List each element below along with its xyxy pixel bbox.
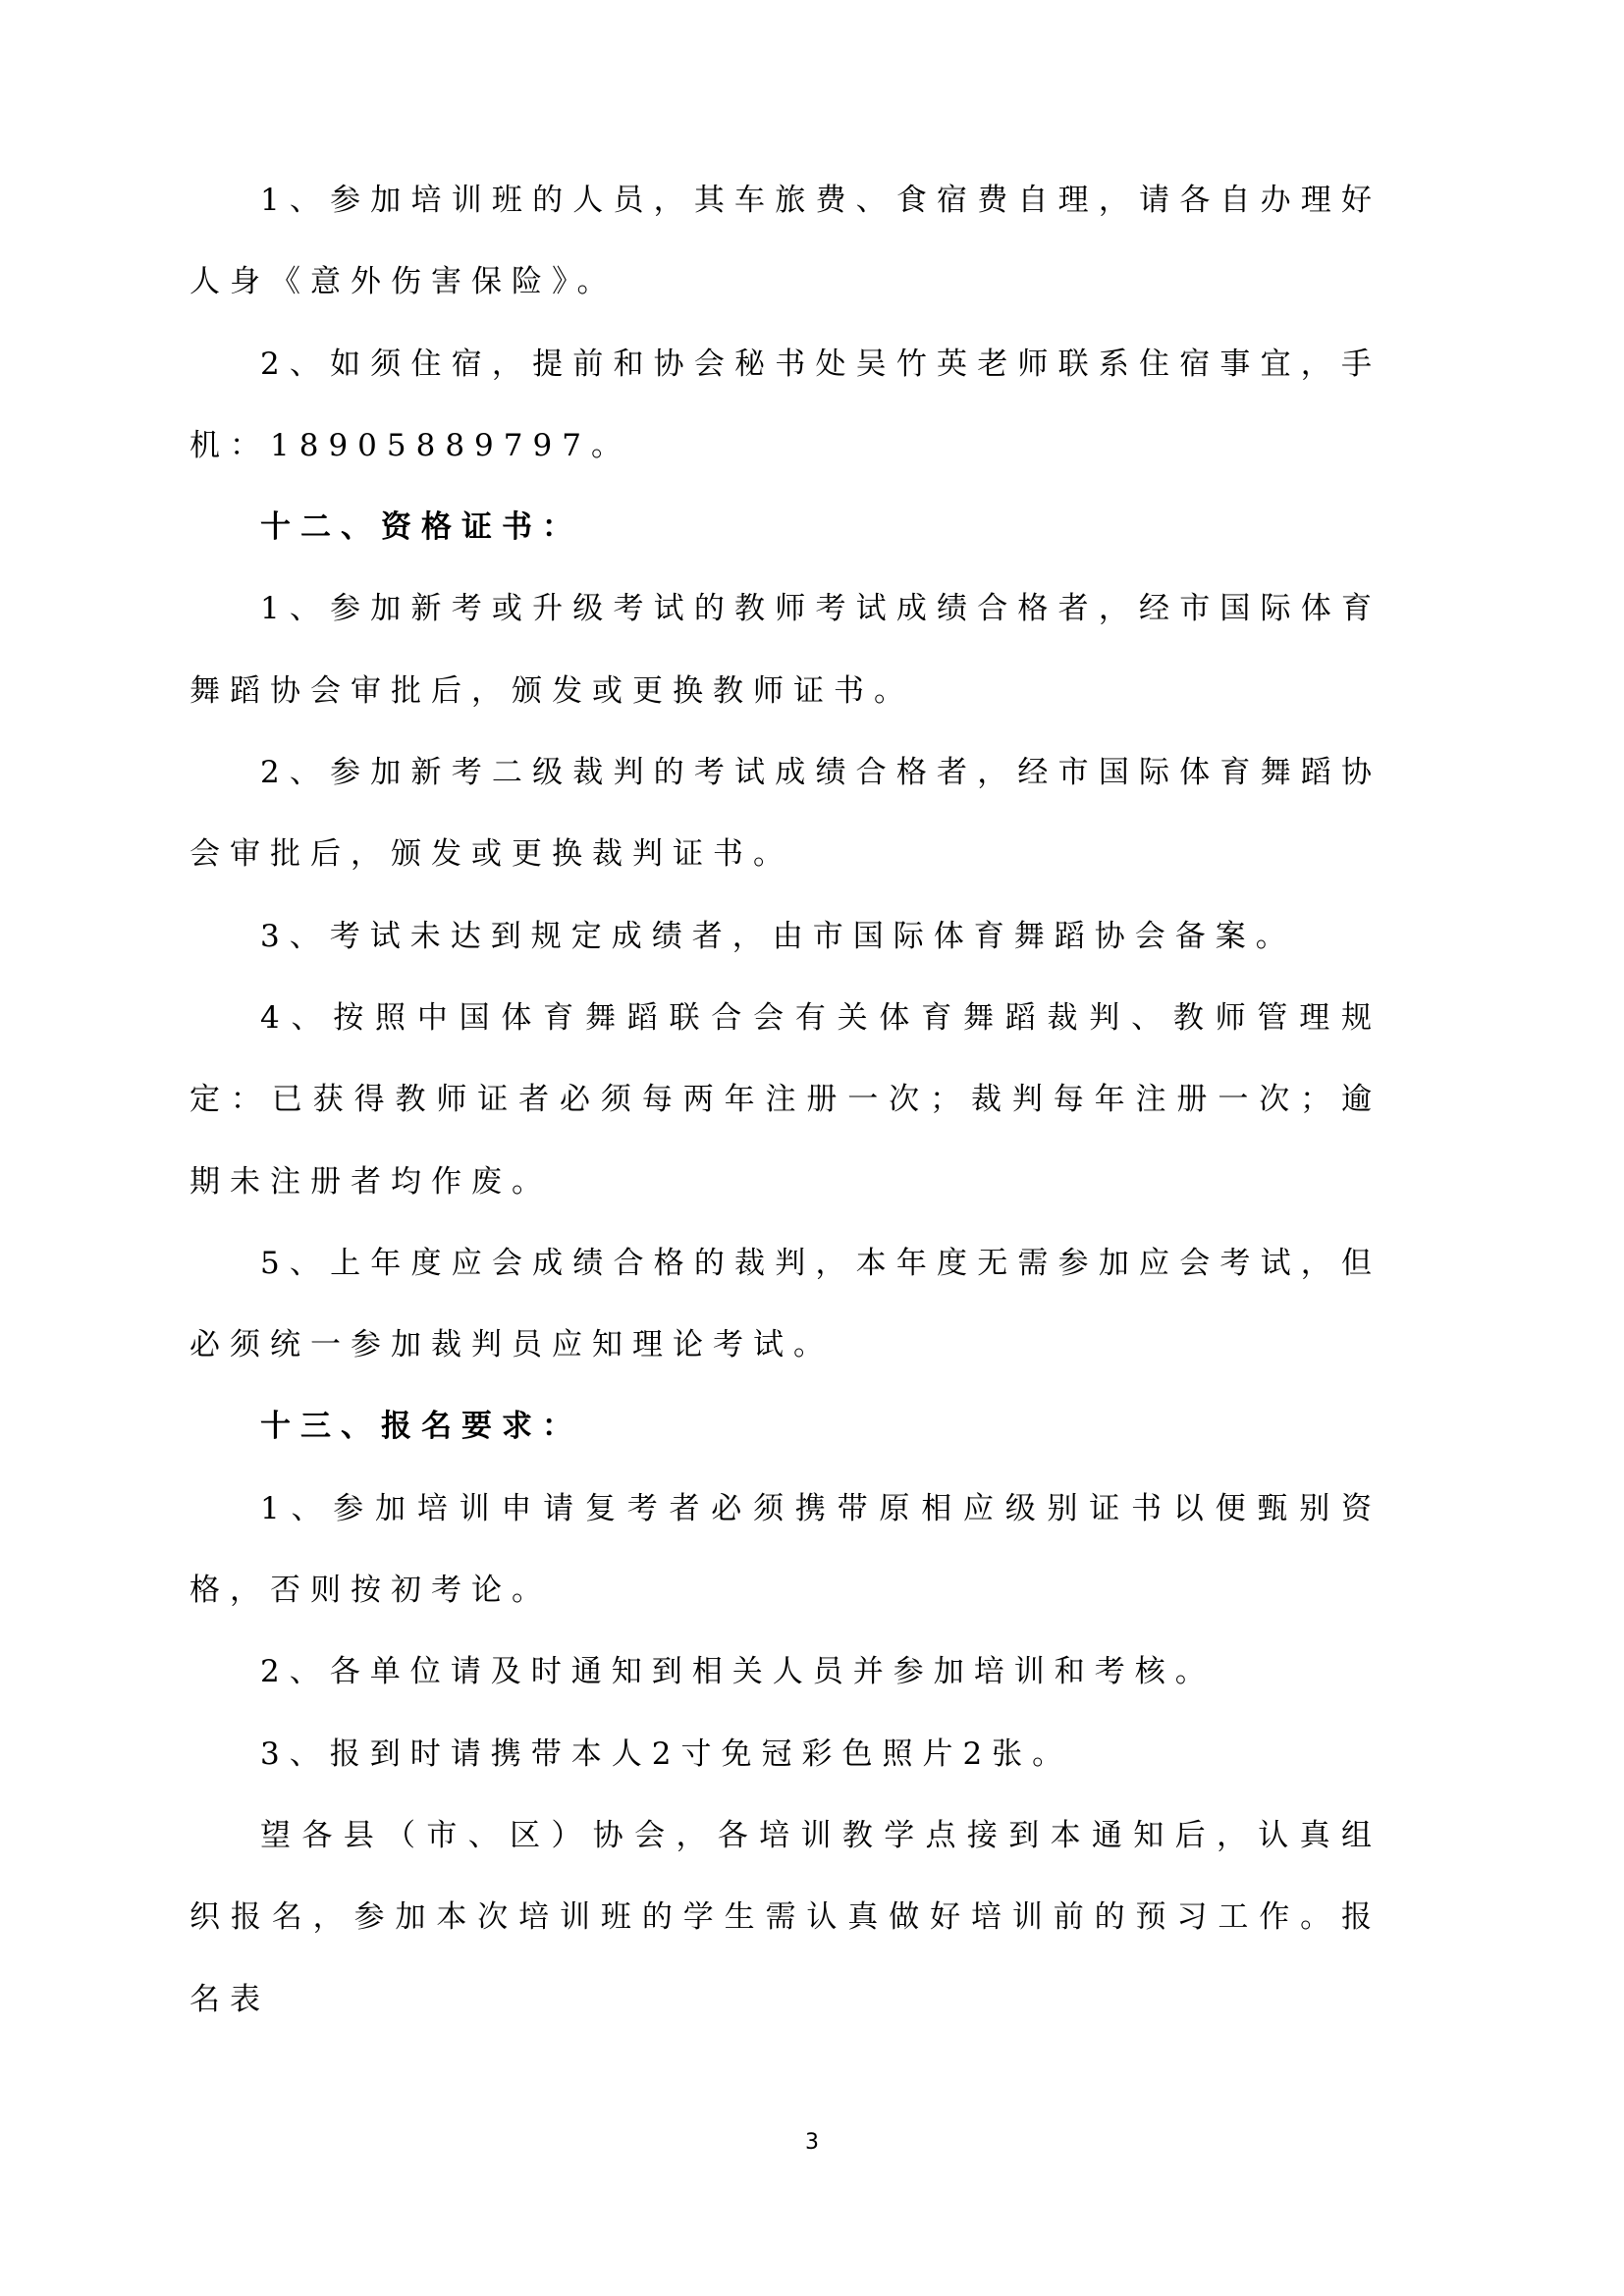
section-heading-certificates: 十二、资格证书： (189, 487, 1381, 568)
section-heading-registration: 十三、报名要求： (189, 1386, 1381, 1468)
paragraph-referee-certificate: 2、参加新考二级裁判的考试成绩合格者，经市国际体育舞蹈协会审批后，颁发或更换裁判… (189, 732, 1381, 896)
paragraph-closing-note: 望各县（市、区）协会，各培训教学点接到本通知后，认真组织报名，参加本次培训班的学… (189, 1795, 1381, 2041)
paragraph-travel-expenses: 1、参加培训班的人员，其车旅费、食宿费自理，请各自办理好人身《意外伤害保险》。 (189, 160, 1381, 324)
page-number: 3 (0, 2130, 1624, 2155)
paragraph-notify-units: 2、各单位请及时通知到相关人员并参加培训和考核。 (189, 1631, 1381, 1713)
paragraph-registration-rules: 4、按照中国体育舞蹈联合会有关体育舞蹈裁判、教师管理规定：已获得教师证者必须每两… (189, 978, 1381, 1223)
paragraph-failed-exam: 3、考试未达到规定成绩者，由市国际体育舞蹈协会备案。 (189, 896, 1381, 978)
paragraph-teacher-certificate: 1、参加新考或升级考试的教师考试成绩合格者，经市国际体育舞蹈协会审批后，颁发或更… (189, 568, 1381, 732)
paragraph-photos: 3、报到时请携带本人2寸免冠彩色照片2张。 (189, 1714, 1381, 1795)
paragraph-reexam-requirement: 1、参加培训申请复考者必须携带原相应级别证书以便甄别资格，否则按初考论。 (189, 1468, 1381, 1632)
paragraph-accommodation-contact: 2、如须住宿，提前和协会秘书处吴竹英老师联系住宿事宜，手机：1890588979… (189, 324, 1381, 488)
paragraph-theory-exam: 5、上年度应会成绩合格的裁判，本年度无需参加应会考试，但必须统一参加裁判员应知理… (189, 1223, 1381, 1387)
document-body: 1、参加培训班的人员，其车旅费、食宿费自理，请各自办理好人身《意外伤害保险》。 … (189, 160, 1381, 2041)
